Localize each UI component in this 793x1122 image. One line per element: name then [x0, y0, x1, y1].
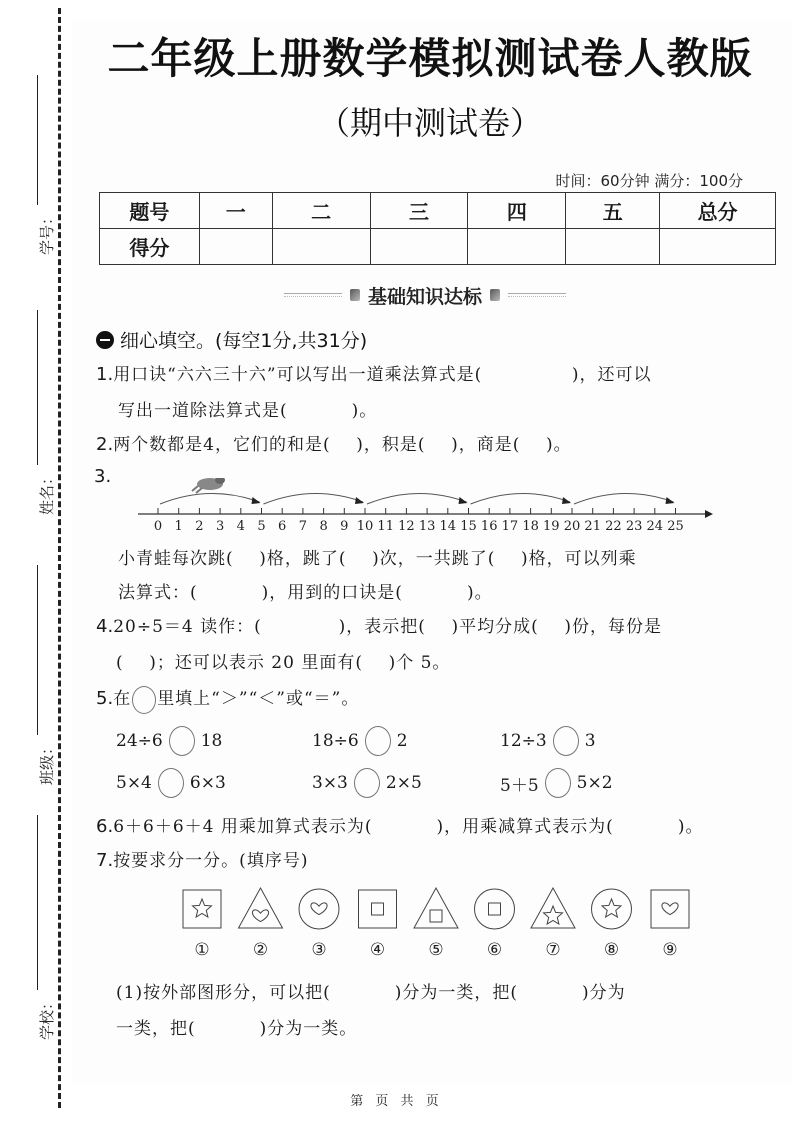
question-5: 5.在里填上“＞”“＜”或“＝”。	[96, 684, 359, 714]
comparison-item: 5＋55×2	[500, 768, 613, 798]
question-3-line-1: 小青蛙每次跳( )格，跳了( )次，一共跳了( )格，可以列乘	[118, 544, 637, 569]
svg-text:0: 0	[154, 519, 162, 534]
comparison-left: 3×3	[312, 773, 348, 793]
svg-text:⑤: ⑤	[428, 940, 443, 960]
shape-triangle-heart-icon	[239, 888, 283, 928]
binding-field-line	[37, 75, 38, 205]
svg-text:5: 5	[257, 519, 265, 534]
compare-circle-icon	[132, 686, 156, 714]
svg-text:8: 8	[319, 519, 327, 534]
comparison-item: 3×32×5	[312, 768, 422, 798]
score-input-cell[interactable]	[660, 229, 776, 265]
svg-text:9: 9	[340, 519, 348, 534]
part-title-text: 细心填空。(每空1分,共31分)	[120, 326, 367, 353]
decor-block-icon	[350, 289, 360, 301]
question-7: 7.按要求分一分。(填序号)	[96, 846, 308, 871]
svg-text:⑨: ⑨	[662, 940, 677, 960]
svg-text:23: 23	[626, 519, 643, 534]
comparison-item: 12÷33	[500, 726, 596, 756]
svg-text:2: 2	[195, 519, 203, 534]
answer-circle-input[interactable]	[545, 768, 571, 798]
score-input-cell[interactable]	[199, 229, 272, 265]
svg-text:21: 21	[584, 519, 601, 534]
question-1-line-2: 写出一道除法算式是( )。	[118, 396, 377, 421]
score-table-score-row: 得分	[100, 229, 776, 265]
question-4-line-2: ( )；还可以表示 20 里面有( )个 5。	[116, 648, 450, 673]
binding-field-line	[37, 815, 38, 990]
svg-text:10: 10	[357, 519, 374, 534]
svg-text:13: 13	[419, 519, 436, 534]
comparison-left: 5×4	[116, 773, 152, 793]
svg-text:⑥: ⑥	[487, 940, 502, 960]
score-input-cell[interactable]	[468, 229, 566, 265]
answer-circle-input[interactable]	[158, 768, 184, 798]
shape-square-heart-icon	[651, 890, 689, 928]
score-input-cell[interactable]	[370, 229, 468, 265]
binding-cut-line	[58, 8, 61, 1108]
svg-text:③: ③	[311, 940, 326, 960]
exam-meta: 时间：60分钟 满分：100分	[556, 170, 744, 191]
question-3-number: 3.	[94, 466, 111, 487]
svg-text:①: ①	[194, 940, 209, 960]
score-table: 题号 一 二 三 四 五 总分 得分	[99, 192, 776, 265]
question-3-line-2: 法算式：( )，用到的口诀是( )。	[118, 578, 493, 603]
comparison-right: 2	[397, 731, 408, 751]
section-header: 基础知识达标	[265, 282, 585, 308]
svg-text:3: 3	[216, 519, 224, 534]
binding-field-label: 姓名：	[36, 470, 57, 515]
part-one-title: 细心填空。(每空1分,共31分)	[96, 326, 367, 353]
shape-circle-star-icon	[592, 889, 632, 929]
svg-text:⑦: ⑦	[545, 940, 560, 960]
page-title: 二年级上册数学模拟测试卷人教版	[90, 26, 770, 86]
comparison-left: 5＋5	[500, 771, 539, 796]
comparison-left: 24÷6	[116, 731, 163, 751]
svg-text:24: 24	[647, 519, 664, 534]
binding-field-label: 班级：	[36, 740, 57, 785]
section-title: 基础知识达标	[368, 282, 482, 309]
comparison-item: 24÷618	[116, 726, 222, 756]
shape-circle-heart-icon	[299, 889, 339, 929]
svg-text:6: 6	[278, 519, 286, 534]
comparison-left: 12÷3	[500, 731, 547, 751]
comparison-right: 5×2	[577, 773, 613, 793]
svg-text:14: 14	[440, 519, 457, 534]
binding-field-label: 学校：	[36, 995, 57, 1040]
score-cell: 三	[370, 193, 468, 229]
page-footer: 第 页 共 页	[0, 1090, 793, 1109]
binding-field-line	[37, 310, 38, 465]
svg-text:11: 11	[377, 519, 394, 534]
score-input-cell[interactable]	[272, 229, 370, 265]
svg-text:4: 4	[237, 519, 245, 534]
svg-text:7: 7	[299, 519, 307, 534]
shape-square-star-icon	[183, 890, 221, 928]
comparison-right: 2×5	[386, 773, 422, 793]
score-table-header-row: 题号 一 二 三 四 五 总分	[100, 193, 776, 229]
divider	[508, 293, 566, 297]
binding-field-label: 学号：	[36, 210, 57, 255]
question-7-1-line-2: 一类，把( )分为一类。	[116, 1014, 357, 1039]
svg-text:18: 18	[522, 519, 539, 534]
score-input-cell[interactable]	[566, 229, 660, 265]
svg-text:20: 20	[564, 519, 581, 534]
svg-text:1: 1	[175, 519, 183, 534]
svg-text:17: 17	[502, 519, 519, 534]
comparison-right: 18	[201, 731, 223, 751]
shape-triangle-star-icon	[531, 888, 575, 928]
question-1-line-1: 1.用口诀“六六三十六”可以写出一道乘法算式是( )，还可以	[96, 360, 652, 385]
answer-circle-input[interactable]	[553, 726, 579, 756]
score-cell: 二	[272, 193, 370, 229]
question-7-1-line-1: (1)按外部图形分，可以把( )分为一类，把( )分为	[116, 978, 626, 1003]
svg-text:12: 12	[398, 519, 415, 534]
question-6: 6.6＋6＋6＋4 用乘加算式表示为( )，用乘减算式表示为( )。	[96, 812, 703, 837]
shapes-figure: ①②③④⑤⑥⑦⑧⑨	[180, 885, 700, 960]
score-cell: 一	[199, 193, 272, 229]
svg-text:②: ②	[253, 940, 268, 960]
frog-icon	[192, 478, 225, 493]
shape-triangle-square-icon	[414, 888, 458, 928]
decor-block-icon	[490, 289, 500, 301]
score-cell: 得分	[100, 229, 200, 265]
answer-circle-input[interactable]	[354, 768, 380, 798]
comparison-item: 5×46×3	[116, 768, 226, 798]
svg-text:④: ④	[370, 940, 385, 960]
comparison-item: 18÷62	[312, 726, 408, 756]
score-cell: 题号	[100, 193, 200, 229]
comparison-left: 18÷6	[312, 731, 359, 751]
page-subtitle: （期中测试卷）	[90, 98, 770, 144]
svg-text:19: 19	[543, 519, 560, 534]
answer-circle-input[interactable]	[169, 726, 195, 756]
shape-square-square-icon	[359, 890, 397, 928]
comparison-right: 6×3	[190, 773, 226, 793]
score-cell: 五	[566, 193, 660, 229]
divider	[284, 293, 342, 297]
svg-text:22: 22	[605, 519, 622, 534]
answer-circle-input[interactable]	[365, 726, 391, 756]
svg-text:16: 16	[481, 519, 498, 534]
question-4-line-1: 4.20÷5＝4 读作：( )，表示把( )平均分成( )份，每份是	[96, 612, 662, 637]
part-one-badge-icon	[96, 331, 114, 349]
svg-text:15: 15	[460, 519, 477, 534]
comparison-right: 3	[585, 731, 596, 751]
shape-circle-square-icon	[475, 889, 515, 929]
number-line-diagram: 0123456789101112131415161718192021222324…	[130, 478, 720, 538]
svg-text:⑧: ⑧	[604, 940, 619, 960]
question-2: 2.两个数都是4，它们的和是( )，积是( )，商是( )。	[96, 430, 572, 455]
score-cell: 总分	[660, 193, 776, 229]
svg-text:25: 25	[667, 519, 684, 534]
score-cell: 四	[468, 193, 566, 229]
binding-field-line	[37, 565, 38, 735]
